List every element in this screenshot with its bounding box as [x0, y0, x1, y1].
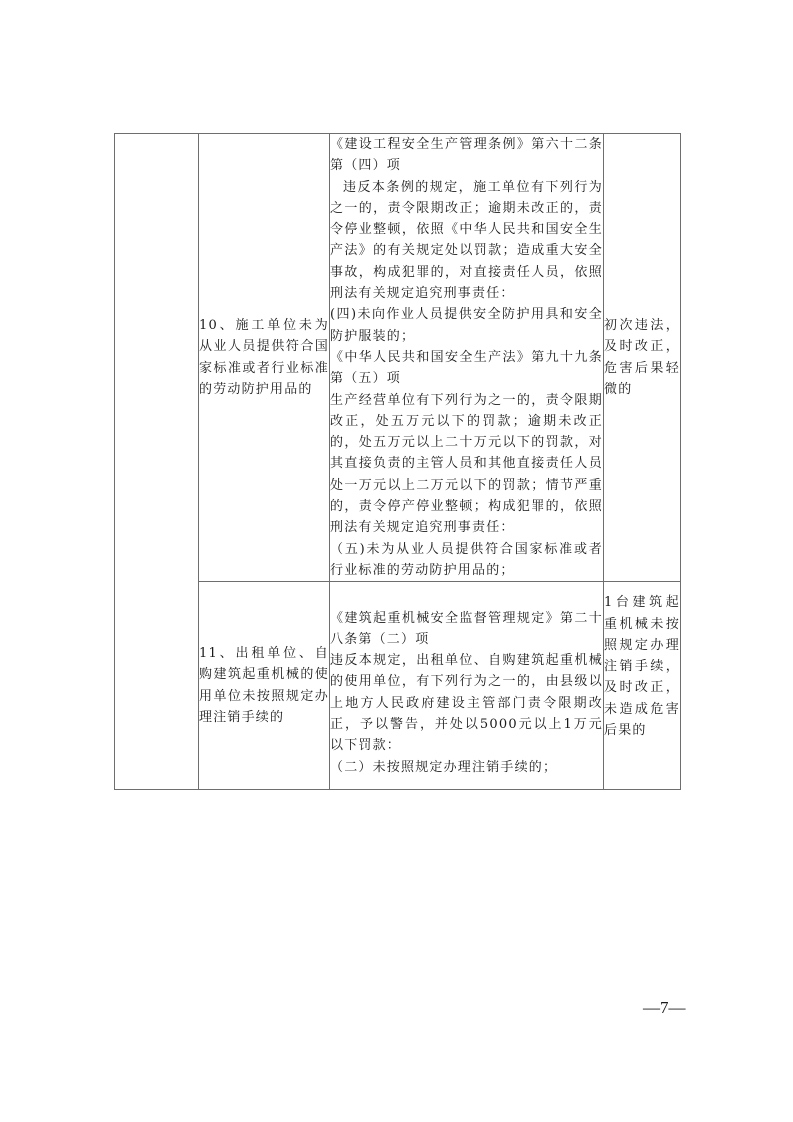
penalty-discretion-table: 10、施工单位未为从业人员提供符合国家标准或者行业标准的劳动防护用品的 《建设工… [114, 133, 681, 790]
legal-basis-paragraph: 生产经营单位有下列行为之一的，责令限期改正，处五万元以下的罚款；逾期未改正的，处… [330, 390, 603, 539]
legal-basis-paragraph: (四)未向作业人员提供安全防护用具和安全防护服装的； [330, 304, 603, 347]
legal-basis-paragraph: （二）未按照规定办理注销手续的； [330, 757, 603, 778]
violation-item-cell: 10、施工单位未为从业人员提供符合国家标准或者行业标准的劳动防护用品的 [199, 134, 330, 582]
applicable-condition-cell: 1台建筑起重机械未按照规定办理注销手续，及时改正，未造成危害后果的 [604, 582, 681, 790]
page-number: —7— [643, 998, 686, 1018]
document-page: 10、施工单位未为从业人员提供符合国家标准或者行业标准的劳动防护用品的 《建设工… [0, 0, 793, 1122]
legal-basis-cell: 《建筑起重机械安全监督管理规定》第二十八条第（二）项 违反本规定，出租单位、自购… [330, 582, 604, 790]
legal-basis-paragraph: （五)未为从业人员提供符合国家标准或者行业标准的劳动防护用品的； [330, 539, 603, 582]
legal-basis-paragraph: 违反本规定，出租单位、自购建筑起重机械的使用单位，有下列行为之一的，由县级以上地… [330, 650, 603, 756]
table-row: 11、出租单位、自购建筑起重机械的使用单位未按照规定办理注销手续的 《建筑起重机… [115, 582, 681, 790]
applicable-condition-cell: 初次违法，及时改正，危害后果轻微的 [604, 134, 681, 582]
table-row: 10、施工单位未为从业人员提供符合国家标准或者行业标准的劳动防护用品的 《建设工… [115, 134, 681, 582]
violation-item-cell: 11、出租单位、自购建筑起重机械的使用单位未按照规定办理注销手续的 [199, 582, 330, 790]
legal-basis-paragraph: 《中华人民共和国安全生产法》第九十九条第（五）项 [330, 347, 603, 390]
legal-basis-paragraph: 违反本条例的规定，施工单位有下列行为之一的，责令限期改正；逾期未改正的，责令停业… [330, 177, 603, 305]
legal-basis-paragraph: 《建筑起重机械安全监督管理规定》第二十八条第（二）项 [330, 608, 603, 651]
category-cell [115, 134, 199, 790]
legal-basis-cell: 《建设工程安全生产管理条例》第六十二条第（四）项 违反本条例的规定，施工单位有下… [330, 134, 604, 582]
legal-basis-paragraph: 《建设工程安全生产管理条例》第六十二条第（四）项 [330, 134, 603, 177]
